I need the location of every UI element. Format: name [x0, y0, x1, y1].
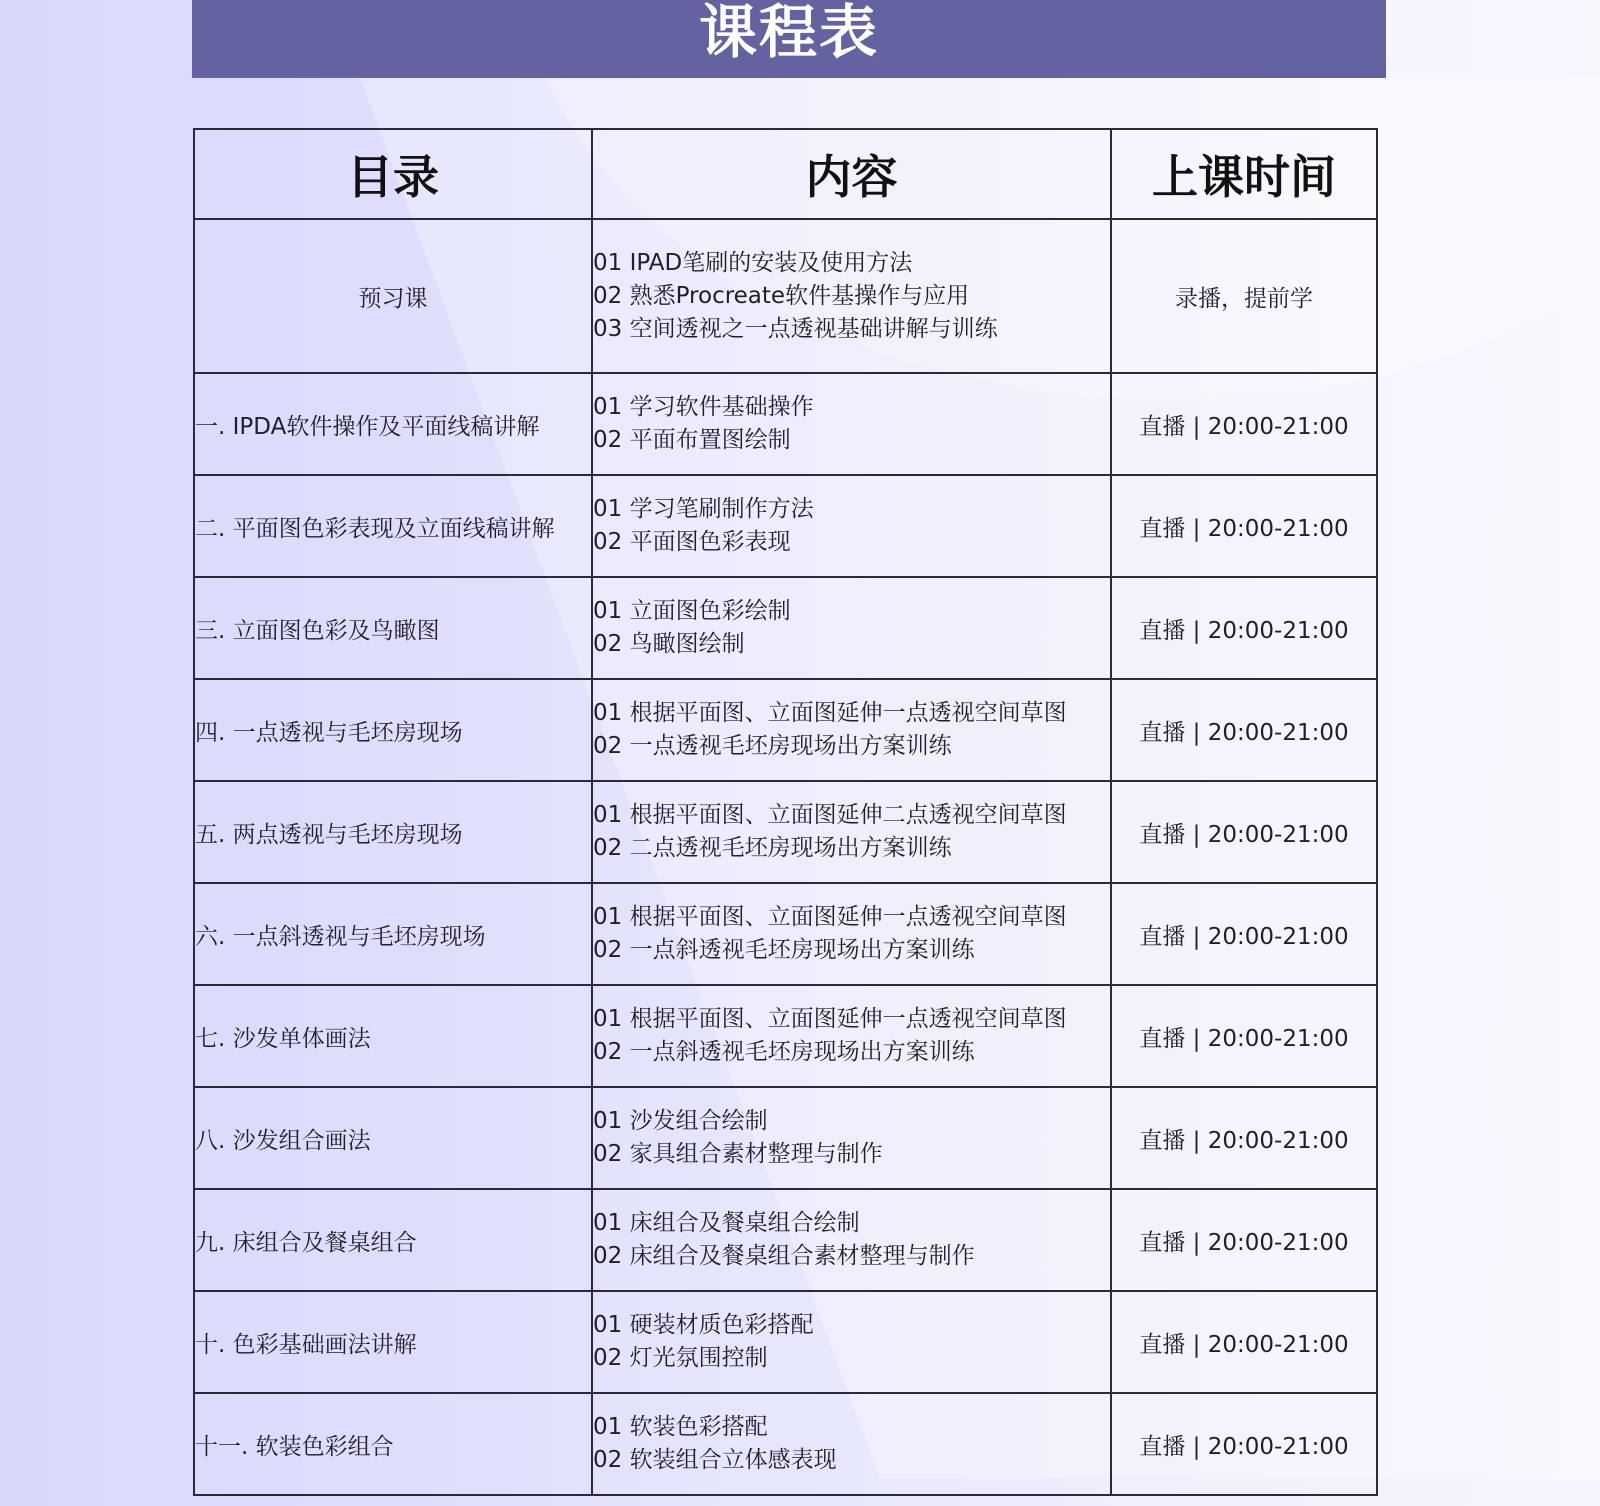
- content-line: 02 二点透视毛坯房现场出方案训练: [593, 832, 1110, 865]
- title-banner: 课程表: [192, 0, 1386, 78]
- row-time: 录播，提前学: [1111, 219, 1377, 373]
- row-category: 七. 沙发单体画法: [194, 985, 592, 1087]
- row-category: 一. IPDA软件操作及平面线稿讲解: [194, 373, 592, 475]
- content-line: 02 家具组合素材整理与制作: [593, 1138, 1110, 1171]
- content-line: 02 平面布置图绘制: [593, 424, 1110, 457]
- row-category: 六. 一点斜透视与毛坯房现场: [194, 883, 592, 985]
- table-row: 五. 两点透视与毛坯房现场 01 根据平面图、立面图延伸二点透视空间草图 02 …: [194, 781, 1377, 883]
- row-time: 直播 | 20:00-21:00: [1111, 781, 1377, 883]
- row-content: 01 根据平面图、立面图延伸一点透视空间草图 02 一点透视毛坯房现场出方案训练: [592, 679, 1111, 781]
- row-category: 二. 平面图色彩表现及立面线稿讲解: [194, 475, 592, 577]
- header-content: 内容: [592, 129, 1111, 219]
- content-line: 01 根据平面图、立面图延伸一点透视空间草图: [593, 1003, 1110, 1036]
- table-row: 十一. 软装色彩组合 01 软装色彩搭配 02 软装组合立体感表现 直播 | 2…: [194, 1393, 1377, 1495]
- row-content: 01 床组合及餐桌组合绘制 02 床组合及餐桌组合素材整理与制作: [592, 1189, 1111, 1291]
- row-category: 五. 两点透视与毛坯房现场: [194, 781, 592, 883]
- row-category: 十. 色彩基础画法讲解: [194, 1291, 592, 1393]
- header-catalog: 目录: [194, 129, 592, 219]
- row-content: 01 学习软件基础操作 02 平面布置图绘制: [592, 373, 1111, 475]
- table-header-row: 目录 内容 上课时间: [194, 129, 1377, 219]
- content-line: 01 立面图色彩绘制: [593, 595, 1110, 628]
- row-time: 直播 | 20:00-21:00: [1111, 883, 1377, 985]
- table-row: 九. 床组合及餐桌组合 01 床组合及餐桌组合绘制 02 床组合及餐桌组合素材整…: [194, 1189, 1377, 1291]
- row-time: 直播 | 20:00-21:00: [1111, 1189, 1377, 1291]
- content-line: 01 根据平面图、立面图延伸二点透视空间草图: [593, 799, 1110, 832]
- row-time: 直播 | 20:00-21:00: [1111, 1291, 1377, 1393]
- content-line: 02 软装组合立体感表现: [593, 1444, 1110, 1477]
- row-content: 01 根据平面图、立面图延伸一点透视空间草图 02 一点斜透视毛坯房现场出方案训…: [592, 883, 1111, 985]
- row-time: 直播 | 20:00-21:00: [1111, 1087, 1377, 1189]
- row-content: 01 沙发组合绘制 02 家具组合素材整理与制作: [592, 1087, 1111, 1189]
- row-content: 01 硬装材质色彩搭配 02 灯光氛围控制: [592, 1291, 1111, 1393]
- content-line: 01 IPAD笔刷的安装及使用方法: [593, 247, 1110, 280]
- content-line: 01 学习软件基础操作: [593, 391, 1110, 424]
- row-time: 直播 | 20:00-21:00: [1111, 1393, 1377, 1495]
- row-category: 三. 立面图色彩及鸟瞰图: [194, 577, 592, 679]
- row-category: 八. 沙发组合画法: [194, 1087, 592, 1189]
- row-content: 01 根据平面图、立面图延伸一点透视空间草图 02 一点斜透视毛坯房现场出方案训…: [592, 985, 1111, 1087]
- row-content: 01 根据平面图、立面图延伸二点透视空间草图 02 二点透视毛坯房现场出方案训练: [592, 781, 1111, 883]
- page-title: 课程表: [699, 3, 879, 61]
- row-time: 直播 | 20:00-21:00: [1111, 679, 1377, 781]
- content-line: 02 床组合及餐桌组合素材整理与制作: [593, 1240, 1110, 1273]
- table-row: 一. IPDA软件操作及平面线稿讲解 01 学习软件基础操作 02 平面布置图绘…: [194, 373, 1377, 475]
- row-content: 01 IPAD笔刷的安装及使用方法 02 熟悉Procreate软件基操作与应用…: [592, 219, 1111, 373]
- table-row: 二. 平面图色彩表现及立面线稿讲解 01 学习笔刷制作方法 02 平面图色彩表现…: [194, 475, 1377, 577]
- row-category: 十一. 软装色彩组合: [194, 1393, 592, 1495]
- row-time: 直播 | 20:00-21:00: [1111, 373, 1377, 475]
- content-line: 03 空间透视之一点透视基础讲解与训练: [593, 313, 1110, 346]
- content-line: 02 灯光氛围控制: [593, 1342, 1110, 1375]
- table-row: 四. 一点透视与毛坯房现场 01 根据平面图、立面图延伸一点透视空间草图 02 …: [194, 679, 1377, 781]
- row-content: 01 软装色彩搭配 02 软装组合立体感表现: [592, 1393, 1111, 1495]
- table-row: 预习课 01 IPAD笔刷的安装及使用方法 02 熟悉Procreate软件基操…: [194, 219, 1377, 373]
- content-line: 01 根据平面图、立面图延伸一点透视空间草图: [593, 697, 1110, 730]
- content-line: 02 一点透视毛坯房现场出方案训练: [593, 730, 1110, 763]
- row-category: 四. 一点透视与毛坯房现场: [194, 679, 592, 781]
- content-line: 02 鸟瞰图绘制: [593, 628, 1110, 661]
- row-time: 直播 | 20:00-21:00: [1111, 985, 1377, 1087]
- course-schedule-table: 目录 内容 上课时间 预习课 01 IPAD笔刷的安装及使用方法 02 熟悉Pr…: [193, 128, 1378, 1496]
- table-row: 八. 沙发组合画法 01 沙发组合绘制 02 家具组合素材整理与制作 直播 | …: [194, 1087, 1377, 1189]
- table-row: 十. 色彩基础画法讲解 01 硬装材质色彩搭配 02 灯光氛围控制 直播 | 2…: [194, 1291, 1377, 1393]
- table-row: 三. 立面图色彩及鸟瞰图 01 立面图色彩绘制 02 鸟瞰图绘制 直播 | 20…: [194, 577, 1377, 679]
- row-category: 预习课: [194, 219, 592, 373]
- row-time: 直播 | 20:00-21:00: [1111, 475, 1377, 577]
- content-line: 01 学习笔刷制作方法: [593, 493, 1110, 526]
- content-line: 02 一点斜透视毛坯房现场出方案训练: [593, 1036, 1110, 1069]
- row-content: 01 学习笔刷制作方法 02 平面图色彩表现: [592, 475, 1111, 577]
- table-row: 六. 一点斜透视与毛坯房现场 01 根据平面图、立面图延伸一点透视空间草图 02…: [194, 883, 1377, 985]
- table-row: 七. 沙发单体画法 01 根据平面图、立面图延伸一点透视空间草图 02 一点斜透…: [194, 985, 1377, 1087]
- content-line: 02 一点斜透视毛坯房现场出方案训练: [593, 934, 1110, 967]
- row-content: 01 立面图色彩绘制 02 鸟瞰图绘制: [592, 577, 1111, 679]
- content-line: 01 硬装材质色彩搭配: [593, 1309, 1110, 1342]
- content-line: 01 床组合及餐桌组合绘制: [593, 1207, 1110, 1240]
- content-line: 01 沙发组合绘制: [593, 1105, 1110, 1138]
- row-time: 直播 | 20:00-21:00: [1111, 577, 1377, 679]
- header-class-time: 上课时间: [1111, 129, 1377, 219]
- content-line: 01 软装色彩搭配: [593, 1411, 1110, 1444]
- content-line: 01 根据平面图、立面图延伸一点透视空间草图: [593, 901, 1110, 934]
- content-line: 02 熟悉Procreate软件基操作与应用: [593, 280, 1110, 313]
- row-category: 九. 床组合及餐桌组合: [194, 1189, 592, 1291]
- content-line: 02 平面图色彩表现: [593, 526, 1110, 559]
